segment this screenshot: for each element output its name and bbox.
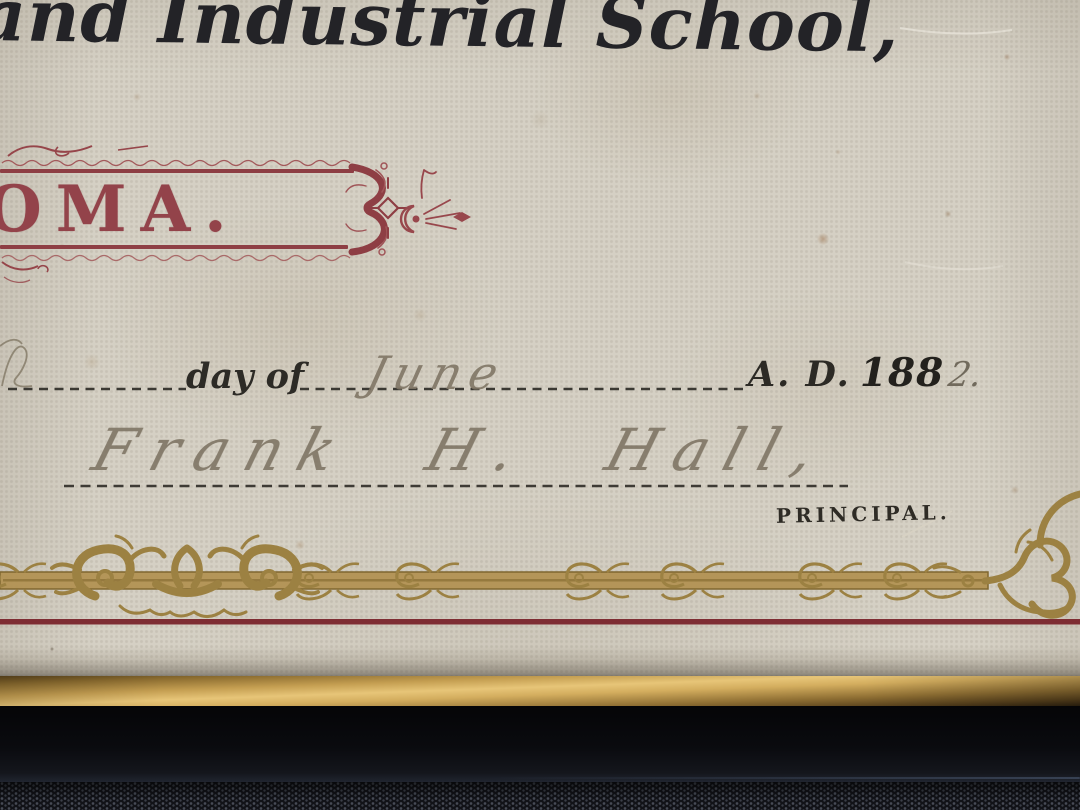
diploma-paper: and Industrial School, OMA. day of June … [0,0,1080,676]
year-handwritten: 2. [946,355,986,395]
signature-handwritten: Frank H. Hall, [85,416,838,484]
frame-black-moulding [0,706,1080,782]
diploma-title-text: OMA. [0,170,241,248]
framed-diploma-photo: and Industrial School, OMA. day of June … [0,0,1080,810]
year-printed: 188 [860,350,944,396]
heading-fragment: and Industrial School, [0,0,900,68]
month-handwritten: June [361,346,511,400]
frame-sheen-highlight [486,777,1080,779]
frame-gold-fillet [0,676,1080,706]
ad-label: A. D. [748,354,851,395]
backing-fabric-texture [0,782,1080,810]
day-of-label: day of [186,356,304,397]
foxing-stains [0,0,1080,676]
principal-label: PRINCIPAL. [776,500,951,528]
year-group: A. D. 188 2. [748,350,982,396]
